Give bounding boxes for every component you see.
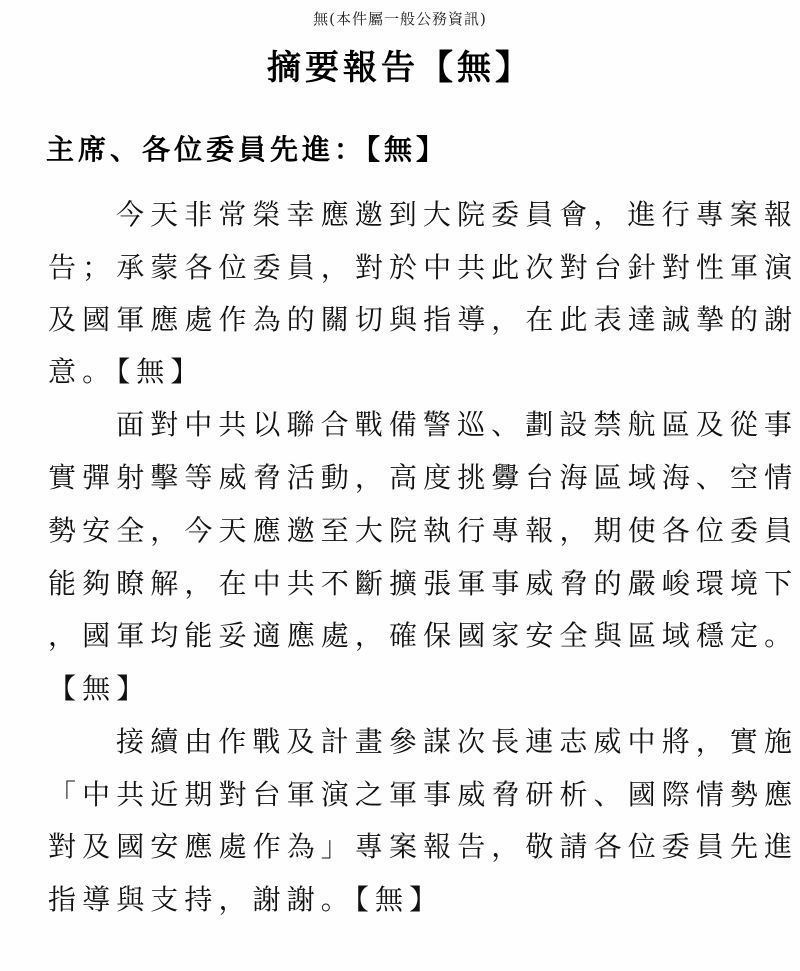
paragraph-line: ，國軍均能妥適應處，確保國家安全與區域穩定。 xyxy=(48,619,760,653)
paragraph-line: 接續由作戰及計畫參謀次長連志威中將，實施 xyxy=(116,725,760,759)
paragraph-line: 能夠瞭解，在中共不斷擴張軍事威脅的嚴峻環境下 xyxy=(48,567,760,601)
paragraph-line: 對及國安應處作為」專案報告，敬請各位委員先進 xyxy=(48,830,760,864)
paragraph-line: 「中共近期對台軍演之軍事威脅研析、國際情勢應 xyxy=(48,778,760,812)
paragraph-line: 實彈射擊等威脅活動，高度挑釁台海區域海、空情 xyxy=(48,461,760,495)
paragraph-line: 告；承蒙各位委員，對於中共此次對台針對性軍演 xyxy=(48,251,760,285)
paragraph-line: 今天非常榮幸應邀到大院委員會，進行專案報 xyxy=(116,198,760,232)
salutation: 主席、各位委員先進：【無】 xyxy=(46,128,448,168)
document-page: 無(本件屬一般公務資訊) 摘要報告【無】 主席、各位委員先進：【無】 今天非常榮… xyxy=(0,0,800,971)
paragraph-line: 面對中共以聯合戰備警巡、劃設禁航區及從事 xyxy=(116,408,760,442)
paragraph-line: 指導與支持，謝謝。【無】 xyxy=(48,883,760,917)
paragraph-line: 【無】 xyxy=(48,672,760,706)
paragraph-line: 勢安全，今天應邀至大院執行專報，期使各位委員 xyxy=(48,514,760,548)
paragraph-line: 意。【無】 xyxy=(48,355,760,389)
paragraph-line: 及國軍應處作為的關切與指導，在此表達誠摯的謝 xyxy=(48,303,760,337)
document-title: 摘要報告【無】 xyxy=(0,40,800,89)
classification-note: 無(本件屬一般公務資訊) xyxy=(0,8,800,29)
